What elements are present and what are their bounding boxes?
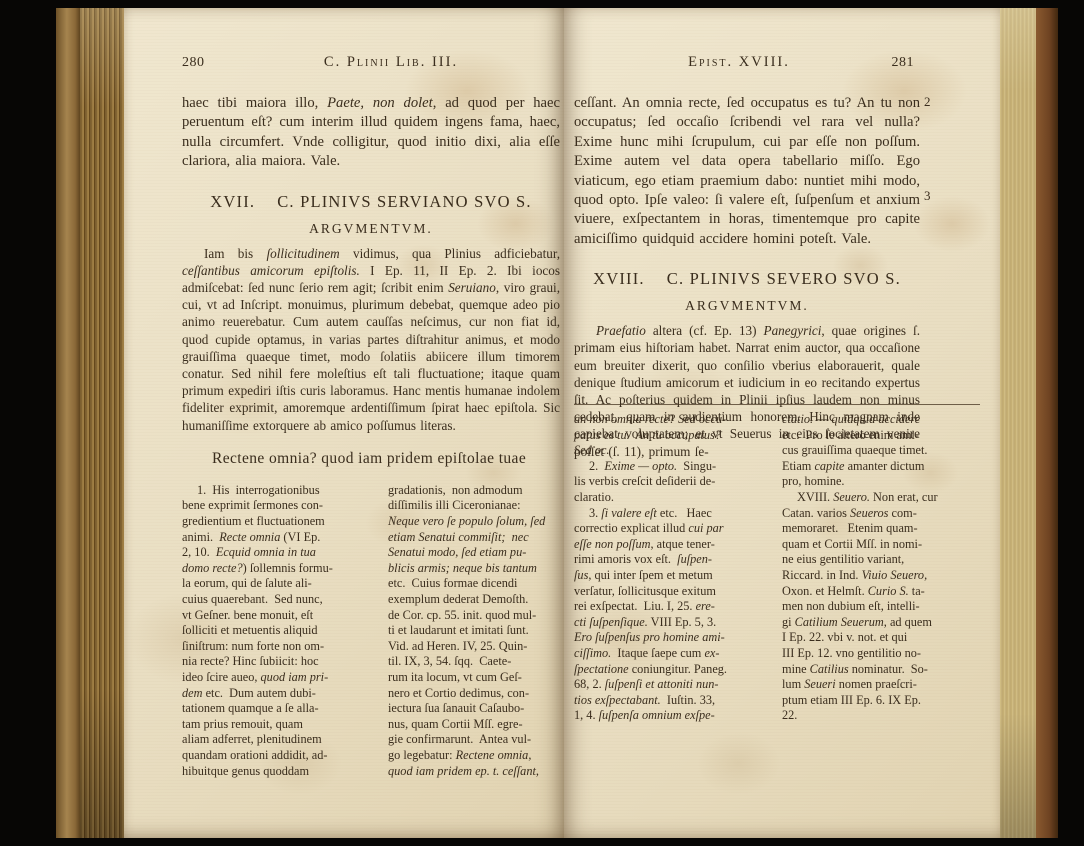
running-title: C. Plinii Lib. III. (222, 54, 560, 71)
commentary-notes-wrap: an non omnia recte? Sed occu-patus es tu… (574, 404, 980, 724)
note-line: aliam adferret, plenitudinem (182, 732, 379, 748)
notes-divider-rule (574, 404, 980, 405)
argumentum-heading: ARGVMENTVM. (574, 298, 920, 314)
note-line: patus es tu. An tu occupatus? (574, 428, 772, 444)
note-line: Catan. varios Seueros com- (782, 506, 980, 522)
letter-heading: XVIII.C. PLINIVS SEVERO SVO S. (574, 269, 920, 289)
letter-body-paragraph: ceſſant. An omnia recte, ſed occupatus e… (574, 94, 920, 249)
note-line: claratio. (574, 490, 772, 506)
note-line: animi. Recte omnia (VI Ep. (182, 530, 379, 546)
note-line: verſatur, ſollicitusque exitum (574, 584, 772, 600)
note-line: memoraret. Etenim quam- (782, 521, 980, 537)
note-line: Neque vero ſe populo ſolum, ſed (388, 514, 560, 530)
note-line: I Ep. 22. vbi v. not. et qui (782, 630, 980, 646)
fore-edge (1000, 8, 1036, 838)
commentary-notes: an non omnia recte? Sed occu-patus es tu… (574, 412, 980, 724)
notes-column-1: an non omnia recte? Sed occu-patus es tu… (574, 412, 772, 724)
right-page-content: Epist. XVIII. 281 ceſſant. An omnia rect… (574, 54, 920, 460)
note-line: men non dubium eſt, intelli- (782, 599, 980, 615)
note-line: Ero ſuſpenſus pro homine ami- (574, 630, 772, 646)
note-line: ciſſimo. Itaque ſaepe cum ex- (574, 646, 772, 662)
note-line: correctio explicat illud cui par (574, 521, 772, 537)
left-board (56, 8, 80, 838)
note-line: Sed oc. (574, 443, 772, 459)
lemma-line: Rectene omnia? quod iam pridem epiſtolae… (182, 450, 560, 468)
left-page: 280 C. Plinii Lib. III. haec tibi maiora… (124, 8, 564, 838)
note-line: an non omnia recte? Sed occu- (574, 412, 772, 428)
note-line: bene exprimit ſermones con- (182, 498, 379, 514)
note-line: cti ſuſpenſique. VIII Ep. 5, 3. (574, 615, 772, 631)
open-book: 280 C. Plinii Lib. III. haec tibi maiora… (56, 8, 1058, 838)
note-line: XVIII. Seuero. Non erat, cur (782, 490, 980, 506)
note-line: Oxon. et Helmſt. Curio S. ta- (782, 584, 980, 600)
note-line: gi Catilium Seuerum, ad quem (782, 615, 980, 631)
note-line: pro, homine. (782, 474, 980, 490)
note-line: domo recte?) ſollemnis formu- (182, 561, 379, 577)
note-line: tam prius remouit, quam (182, 717, 379, 733)
note-line: eſſe non poſſum, atque tener- (574, 537, 772, 553)
note-line: rum ita locum, vt cum Geſ- (388, 670, 560, 686)
opening-paragraph: haec tibi maiora illo, Paete, non dolet,… (182, 94, 560, 172)
letter-number: XVIII. (593, 269, 645, 288)
note-line: ſolliciti et metuentis aliquid (182, 623, 379, 639)
note-line: gie confirmarunt. Antea vul- (388, 732, 560, 748)
right-board (1036, 8, 1058, 838)
note-line: 68, 2. ſuſpenſi et attoniti nun- (574, 677, 772, 693)
note-line: Vid. ad Heren. IV, 25. Quin- (388, 639, 560, 655)
note-line: cuius quaerebant. Sed nunc, (182, 592, 379, 608)
note-line: la eorum, qui de ſalute ali- (182, 576, 379, 592)
note-line: go legebatur: Rectene omnia, (388, 748, 560, 764)
note-line: tios exſpectabant. Iuſtin. 33, (574, 693, 772, 709)
notes-column-2: gradationis, non admodumdiſſimilis illi … (388, 483, 560, 779)
letter-title: C. PLINIVS SEVERO SVO S. (667, 269, 901, 288)
note-line: rimi amoris vox eſt. ſuſpen- (574, 552, 772, 568)
letter-number: XVII. (210, 192, 255, 211)
note-line: 1, 4. ſuſpenſa omnium exſpe- (574, 708, 772, 724)
note-line: ctatio. — quidquid accidere (782, 412, 980, 428)
note-line: blicis armis; neque bis tantum (388, 561, 560, 577)
note-line: quam et Cortii Mſſ. in nomi- (782, 537, 980, 553)
note-line: cus grauiſſima quaeque timet. (782, 443, 980, 459)
note-line: Etiam capite amanter dictum (782, 459, 980, 475)
note-line: diſſimilis illi Ciceronianae: (388, 498, 560, 514)
note-line: III Ep. 12. vno gentilitio no- (782, 646, 980, 662)
note-line: vt Geſner. bene monuit, eſt (182, 608, 379, 624)
note-line: 3. ſi valere eſt etc. Haec (574, 506, 772, 522)
right-page: Epist. XVIII. 281 ceſſant. An omnia rect… (564, 8, 1000, 838)
note-line: etc. Cuius formae dicendi (388, 576, 560, 592)
note-line: dem etc. Dum autem dubi- (182, 686, 379, 702)
note-line: ti et laudarunt et imitati ſunt. (388, 623, 560, 639)
note-line: gredientium et fluctuationem (182, 514, 379, 530)
left-page-content: 280 C. Plinii Lib. III. haec tibi maiora… (182, 54, 560, 779)
note-line: ſus, qui inter ſpem et metum (574, 568, 772, 584)
commentary-notes: 1. His interrogationibusbene exprimit ſe… (182, 483, 560, 779)
left-text-block-gilt-edge (80, 8, 124, 838)
note-line: ne eius gentilitio variant, (782, 552, 980, 568)
page-header: 280 C. Plinii Lib. III. (182, 54, 560, 71)
note-line: etc. Pro ſe altero enim ami- (782, 428, 980, 444)
note-line: exemplum dederat Demoſth. (388, 592, 560, 608)
argumentum-heading: ARGVMENTVM. (182, 221, 560, 237)
note-line: til. IX, 3, 54. ſqq. Caete- (388, 654, 560, 670)
note-line: nus, quam Cortii Mſſ. egre- (388, 717, 560, 733)
note-line: Senatui modo, ſed etiam pu- (388, 545, 560, 561)
note-line: quandam orationi addidit, ad- (182, 748, 379, 764)
note-line: nia recte? Hinc ſubiicit: hoc (182, 654, 379, 670)
page-number: 280 (182, 55, 222, 71)
note-line: ſpectatione coniungitur. Paneg. (574, 662, 772, 678)
running-title: Epist. XVIII. (574, 54, 844, 71)
note-line: 1. His interrogationibus (182, 483, 379, 499)
note-line: quod iam pridem ep. t. ceſſant, (388, 764, 560, 780)
argumentum-paragraph: Iam bis ſollicitudinem vidimus, qua Plin… (182, 245, 560, 434)
note-line: lum Seueri nomen praeſcri- (782, 677, 980, 693)
section-margin-number-2: 2 (924, 94, 944, 110)
note-line: rei exſpectat. Liu. I, 25. ere- (574, 599, 772, 615)
note-line: hibuitque genus quoddam (182, 764, 379, 780)
note-line: ptum etiam III Ep. 6. IX Ep. (782, 693, 980, 709)
letter-heading: XVII.C. PLINIVS SERVIANO SVO S. (182, 192, 560, 212)
page-header: Epist. XVIII. 281 (574, 54, 920, 71)
note-line: gradationis, non admodum (388, 483, 560, 499)
note-line: mine Catilius nominatur. So- (782, 662, 980, 678)
note-line: iectura ſua ſanauit Caſaubo- (388, 701, 560, 717)
note-line: 22. (782, 708, 980, 724)
note-line: lis verbis creſcit deſiderii de- (574, 474, 772, 490)
notes-column-1: 1. His interrogationibusbene exprimit ſe… (182, 483, 379, 779)
note-line: de Cor. cp. 55. init. quod mul- (388, 608, 560, 624)
note-line: ſiniſtrum: num forte non om- (182, 639, 379, 655)
book-photo: { "colors":{ "background":"#070605","pag… (0, 0, 1084, 846)
note-line: ideo ſcire aueo, quod iam pri- (182, 670, 379, 686)
notes-column-2: ctatio. — quidquid accidereetc. Pro ſe a… (782, 412, 980, 724)
note-line: 2. Exime — opto. Singu- (574, 459, 772, 475)
note-line: nero et Cortio dedimus, con- (388, 686, 560, 702)
note-line: etiam Senatui commiſit; nec (388, 530, 560, 546)
note-line: Riccard. in Ind. Viuio Seuero, (782, 568, 980, 584)
letter-title: C. PLINIVS SERVIANO SVO S. (277, 192, 532, 211)
section-margin-number-3: 3 (924, 188, 944, 204)
note-line: tationem quamque a ſe alla- (182, 701, 379, 717)
note-line: 2, 10. Ecquid omnia in tua (182, 545, 379, 561)
page-number: 281 (844, 55, 920, 71)
